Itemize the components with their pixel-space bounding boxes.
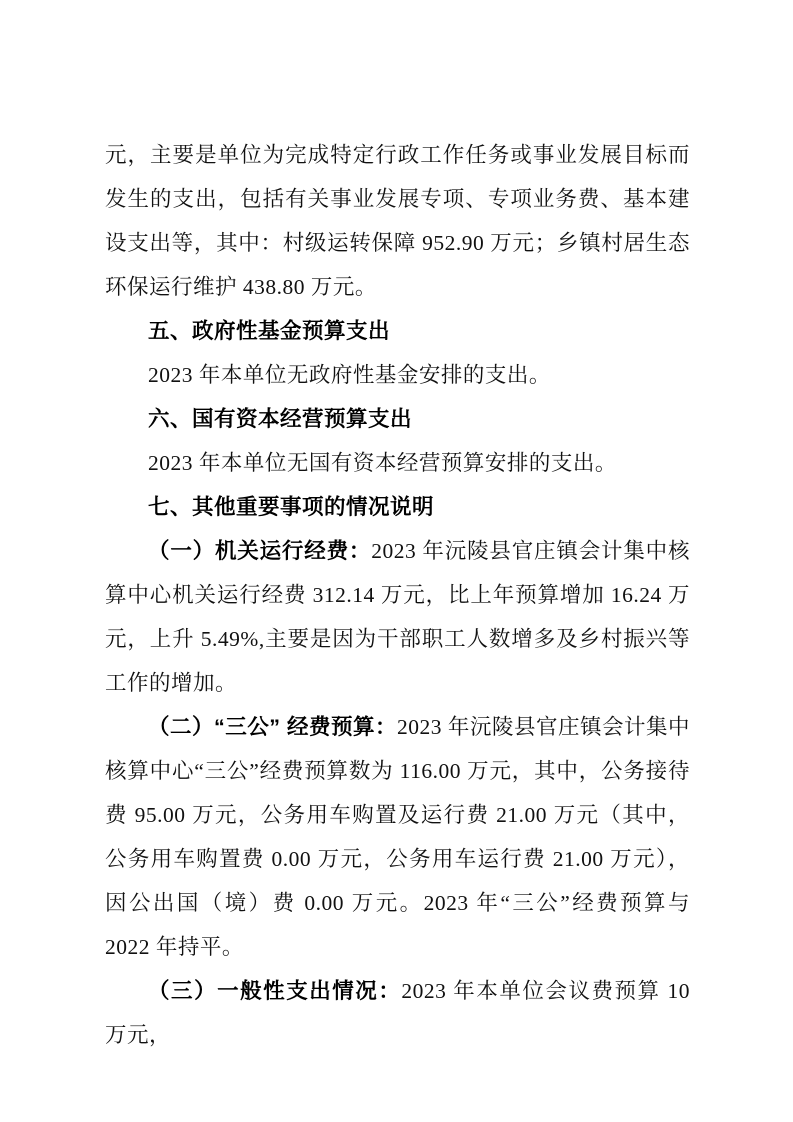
document-content: 元，主要是单位为完成特定行政工作任务或事业发展目标而发生的支出，包括有关事业发展… (105, 133, 690, 1057)
heading-section-7: 七、其他重要事项的情况说明 (105, 485, 690, 529)
heading-section-6: 六、国有资本经营预算支出 (105, 397, 690, 441)
document-page: 元，主要是单位为完成特定行政工作任务或事业发展目标而发生的支出，包括有关事业发展… (0, 0, 793, 1122)
continuation-paragraph: 元，主要是单位为完成特定行政工作任务或事业发展目标而发生的支出，包括有关事业发展… (105, 133, 690, 309)
section-7-item-2: （二）“三公” 经费预算：2023 年沅陵县官庄镇会计集中核算中心“三公”经费预… (105, 705, 690, 969)
item-1-lead: （一）机关运行经费： (148, 539, 371, 563)
item-3-lead: （三）一般性支出情况： (148, 979, 401, 1003)
section-7-item-1: （一）机关运行经费：2023 年沅陵县官庄镇会计集中核算中心机关运行经费 312… (105, 529, 690, 705)
item-2-text: 2023 年沅陵县官庄镇会计集中核算中心“三公”经费预算数为 116.00 万元… (105, 715, 690, 959)
heading-section-5: 五、政府性基金预算支出 (105, 309, 690, 353)
item-2-lead: （二）“三公” 经费预算： (148, 715, 397, 739)
section-5-body: 2023 年本单位无政府性基金安排的支出。 (105, 353, 690, 397)
section-7-item-3: （三）一般性支出情况：2023 年本单位会议费预算 10 万元， (105, 969, 690, 1057)
section-6-body: 2023 年本单位无国有资本经营预算安排的支出。 (105, 441, 690, 485)
